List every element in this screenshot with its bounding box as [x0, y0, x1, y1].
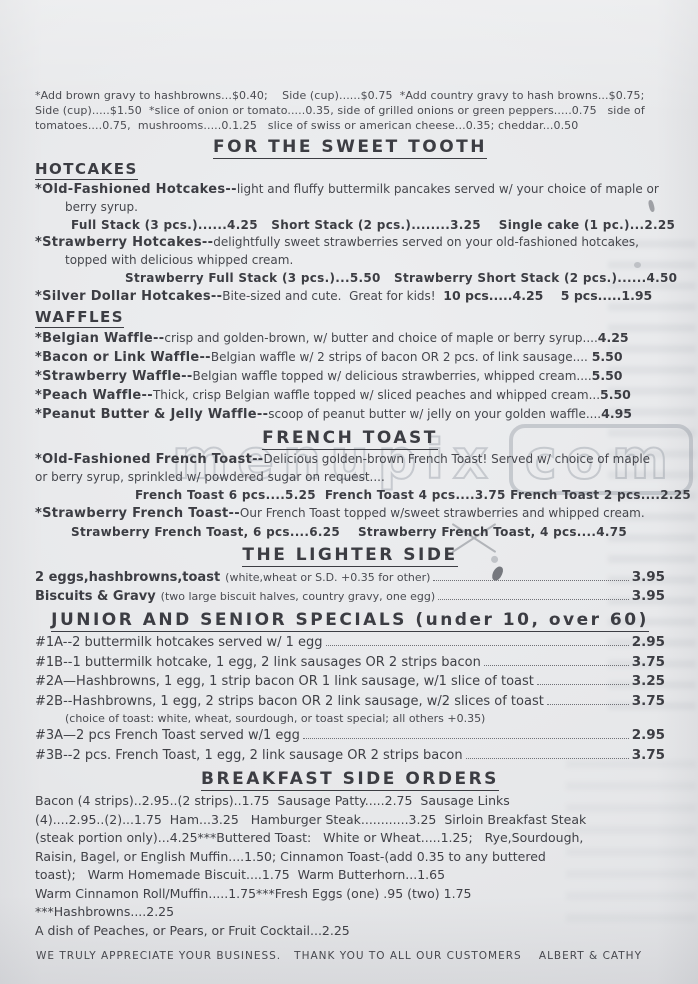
dotted-leader — [303, 738, 629, 739]
side-orders-line-1: Bacon (4 strips)..2.95..(2 strips)..1.75… — [35, 792, 665, 811]
price-line-strawberry-french-toast: Strawberry French Toast, 6 pcs....6.25 S… — [35, 523, 665, 541]
dotted-leader — [537, 684, 629, 685]
breakfast-side-orders-text: Bacon (4 strips)..2.95..(2 strips)..1.75… — [35, 792, 665, 940]
menu-item-peanut-butter-jelly-waffle: *Peanut Butter & Jelly Waffle--scoop of … — [35, 405, 665, 424]
dotted-leader — [466, 758, 629, 759]
price-line-hotcake-stacks: Full Stack (3 pcs.)......4.25 Short Stac… — [35, 216, 665, 234]
scanned-menu-page: { "watermark": { "part1": "menupix", "pa… — [0, 0, 698, 984]
side-orders-line-3: (steak portion only)...4.25***Buttered T… — [35, 829, 665, 848]
toast-choice-note: (choice of toast: white, wheat, sourdoug… — [35, 711, 665, 726]
side-orders-line-8: A dish of Peaches, or Pears, or Fruit Co… — [35, 922, 665, 941]
menu-content: *Add brown gravy to hashbrowns...$0.40; … — [35, 88, 665, 940]
section-title-french-toast: FRENCH TOAST — [35, 428, 665, 448]
price-line-french-toast: French Toast 6 pcs....5.25 French Toast … — [35, 486, 665, 504]
section-title-hotcakes: HOTCAKES — [35, 160, 665, 178]
menu-item-strawberry-hotcakes: *Strawberry Hotcakes--delightfully sweet… — [35, 234, 665, 269]
menu-item-silver-dollar-hotcakes: *Silver Dollar Hotcakes--Bite-sized and … — [35, 287, 665, 306]
special-item-1a: #1A--2 buttermilk hotcakes served w/ 1 e… — [35, 633, 665, 653]
dotted-leader — [547, 704, 629, 705]
side-orders-line-6: Warm Cinnamon Roll/Muffin.....1.75***Fre… — [35, 885, 665, 904]
menu-item-old-fashioned-french-toast: *Old-Fashioned French Toast--Delicious g… — [35, 451, 665, 486]
special-item-2b: #2B--Hashbrowns, 1 egg, 2 strips bacon O… — [35, 692, 665, 712]
special-item-3a: #3A—2 pcs French Toast served w/1 egg2.9… — [35, 726, 665, 746]
section-title-lighter-side: THE LIGHTER SIDE — [35, 545, 665, 565]
menu-item-biscuits-and-gravy: Biscuits & Gravy(two large biscuit halve… — [35, 587, 665, 606]
side-orders-line-7: ***Hashbrowns....2.25 — [35, 903, 665, 922]
menu-item-belgian-waffle: *Belgian Waffle--crisp and golden-brown,… — [35, 329, 665, 348]
menu-item-old-fashioned-hotcakes: *Old-Fashioned Hotcakes--light and fluff… — [35, 181, 665, 216]
special-item-3b: #3B--2 pcs. French Toast, 1 egg, 2 link … — [35, 746, 665, 766]
menu-item-strawberry-french-toast: *Strawberry French Toast--Our French Toa… — [35, 504, 665, 523]
side-orders-line-4: Raisin, Bagel, or English Muffin....1.50… — [35, 848, 665, 867]
dotted-leader — [326, 645, 629, 646]
section-title-breakfast-side-orders: BREAKFAST SIDE ORDERS — [35, 769, 665, 789]
footer-owners: ALBERT & CATHY — [539, 950, 642, 962]
menu-item-eggs-hashbrowns-toast: 2 eggs,hashbrowns,toast(white,wheat or S… — [35, 568, 665, 587]
dotted-leader — [433, 580, 628, 581]
special-item-2a: #2A—Hashbrowns, 1 egg, 1 strip bacon OR … — [35, 672, 665, 692]
footer-message: WE TRULY APPRECIATE YOUR BUSINESS. THANK… — [36, 950, 642, 962]
dotted-leader — [484, 665, 629, 666]
dotted-leader — [438, 599, 629, 600]
menu-item-bacon-or-link-waffle: *Bacon or Link Waffle--Belgian waffle w/… — [35, 348, 665, 367]
side-orders-line-2: (4)....2.95..(2)...1.75 Ham...3.25 Hambu… — [35, 811, 665, 830]
menu-item-strawberry-waffle: *Strawberry Waffle--Belgian waffle toppe… — [35, 367, 665, 386]
pricing-note-line-2: Side (cup).....$1.50 *slice of onion or … — [35, 103, 665, 118]
price-line-strawberry-stacks: Strawberry Full Stack (3 pcs.)...5.50 St… — [35, 269, 665, 287]
section-title-sweet-tooth: FOR THE SWEET TOOTH — [35, 137, 665, 157]
footer-thank-you: WE TRULY APPRECIATE YOUR BUSINESS. THANK… — [36, 950, 522, 962]
section-title-junior-senior-specials: JUNIOR AND SENIOR SPECIALS (under 10, ov… — [35, 610, 665, 630]
special-item-1b: #1B--1 buttermilk hotcake, 1 egg, 2 link… — [35, 653, 665, 673]
side-orders-line-5: toast); Warm Homemade Biscuit....1.75 Wa… — [35, 866, 665, 885]
section-title-waffles: WAFFLES — [35, 308, 665, 326]
pricing-note-line-3: tomatoes....0.75, mushrooms.....0.1.25 s… — [35, 118, 665, 133]
menu-item-peach-waffle: *Peach Waffle--Thick, crisp Belgian waff… — [35, 386, 665, 405]
pricing-note-line-1: *Add brown gravy to hashbrowns...$0.40; … — [35, 88, 665, 103]
